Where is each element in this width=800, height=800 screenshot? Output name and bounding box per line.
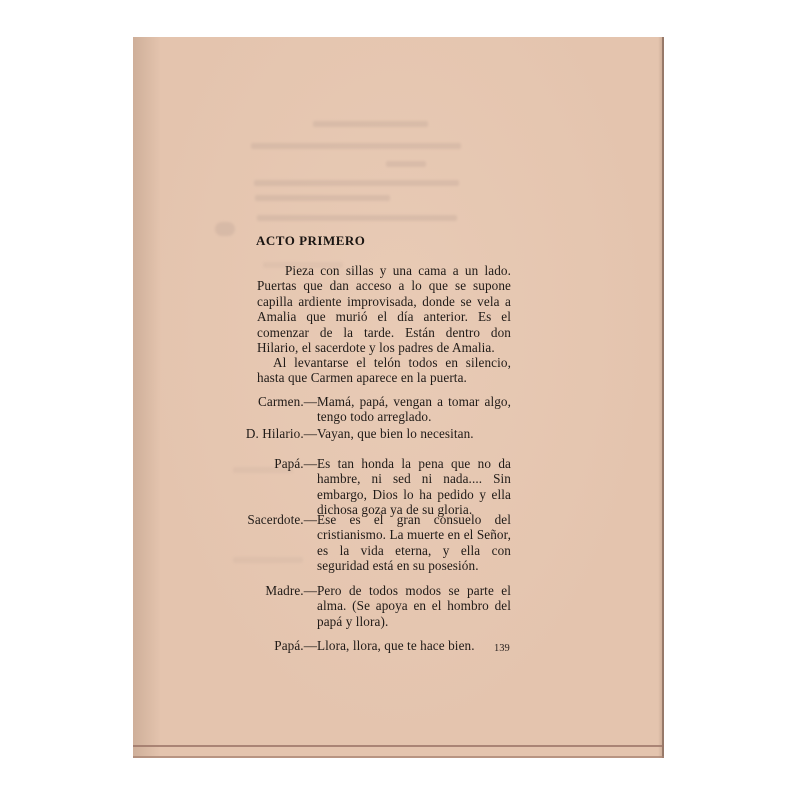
speech-text: Mamá, papá, vengan a tomar algo, tengo t… bbox=[317, 394, 511, 425]
speaker-name: Madre.— bbox=[265, 583, 317, 598]
stage-direction-1: Pieza con sillas y una cama a un lado. P… bbox=[257, 263, 511, 355]
bleed-through-mark bbox=[251, 143, 461, 149]
dialogue-papa-2: Papá.— Llora, llora, que te hace bien. bbox=[251, 638, 511, 653]
speaker-name: Sacerdote.— bbox=[247, 512, 317, 527]
bleed-through-mark bbox=[313, 121, 428, 127]
dialogue-papa-1: Papá.— Es tan honda la pena que no da ha… bbox=[251, 456, 511, 518]
bleed-through-mark bbox=[254, 180, 459, 186]
dialogue-sacerdote: Sacerdote.— Ese es el gran consuelo del … bbox=[251, 512, 511, 574]
bleed-through-mark bbox=[257, 215, 457, 221]
speech-text: Llora, llora, que te hace bien. bbox=[317, 638, 511, 653]
speaker-name: Papá.— bbox=[274, 456, 317, 471]
book-page: ACTO PRIMERO Pieza con sillas y una cama… bbox=[133, 37, 664, 758]
speech-text: Es tan honda la pena que no da hambre, n… bbox=[317, 456, 511, 518]
speaker-name: Carmen.— bbox=[258, 394, 317, 409]
dialogue-hilario: D. Hilario.— Vayan, que bien lo necesita… bbox=[251, 426, 511, 441]
stage-direction-2: Al levantarse el telón todos en silencio… bbox=[257, 355, 511, 386]
page-edge-line bbox=[133, 745, 664, 747]
speaker-name: D. Hilario.— bbox=[246, 426, 317, 441]
dialogue-carmen: Carmen.— Mamá, papá, vengan a tomar algo… bbox=[251, 394, 511, 425]
speaker-name: Papá.— bbox=[274, 638, 317, 653]
page-number: 139 bbox=[494, 643, 510, 654]
speech-text: Pero de todos modos se parte el alma. (S… bbox=[317, 583, 511, 629]
bleed-through-mark bbox=[386, 161, 426, 167]
page-bottom-edge bbox=[133, 756, 664, 758]
bleed-through-mark bbox=[215, 222, 235, 236]
stage-direction-text: Al levantarse el telón todos en silencio… bbox=[257, 355, 511, 385]
dialogue-madre: Madre.— Pero de todos modos se parte el … bbox=[251, 583, 511, 629]
speech-text: Ese es el gran consuelo del cristianismo… bbox=[317, 512, 511, 574]
bleed-through-mark bbox=[255, 195, 390, 201]
stage-direction-text: Pieza con sillas y una cama a un lado. P… bbox=[257, 263, 511, 355]
act-heading: ACTO PRIMERO bbox=[256, 233, 365, 249]
speech-text: Vayan, que bien lo necesitan. bbox=[317, 426, 511, 441]
